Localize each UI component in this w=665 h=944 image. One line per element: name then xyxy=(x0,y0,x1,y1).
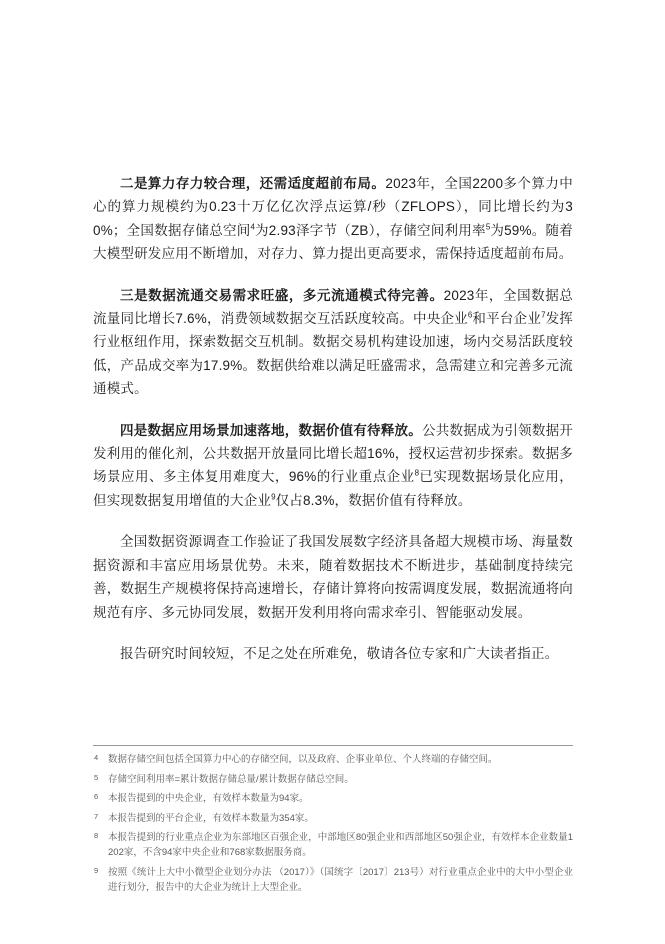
paragraph-text: 和平台企业 xyxy=(472,311,541,326)
body-paragraphs: 二是算力存力较合理，还需适度超前布局。2023年，全国2200多个算力中心的算力… xyxy=(93,172,573,665)
footnote-number: 5 xyxy=(94,770,98,785)
paragraph-text: 仅占8.3%，数据价值有待释放。 xyxy=(276,493,472,508)
footnote-number: 6 xyxy=(94,789,98,804)
paragraph: 四是数据应用场景加速落地，数据价值有待释放。公共数据成为引领数据开发利用的催化剂… xyxy=(93,419,573,513)
footnote-number: 8 xyxy=(94,828,98,843)
paragraph-text: 报告研究时间较短，不足之处在所难免，敬请各位专家和广大读者指正。 xyxy=(120,646,558,661)
paragraph: 报告研究时间较短，不足之处在所难免，敬请各位专家和广大读者指正。 xyxy=(93,642,573,665)
paragraph-text: 为2.93泽字节（ZB），存储空间利用率 xyxy=(255,223,486,238)
footnote-item: 8本报告提到的行业重点企业为东部地区百强企业，中部地区80强企业和西部地区50强… xyxy=(93,830,573,860)
footnote-text: 按照《统计上大中小微型企业划分办法 （2017）》（国统字〔2017〕213号）… xyxy=(108,867,573,893)
paragraph-lead-bold: 四是数据应用场景加速落地，数据价值有待释放。 xyxy=(120,423,422,438)
footnote-item: 9按照《统计上大中小微型企业划分办法 （2017）》（国统字〔2017〕213号… xyxy=(93,865,573,895)
document-page: 二是算力存力较合理，还需适度超前布局。2023年，全国2200多个算力中心的算力… xyxy=(0,0,665,944)
footnote-number: 9 xyxy=(94,863,98,878)
paragraph: 二是算力存力较合理，还需适度超前布局。2023年，全国2200多个算力中心的算力… xyxy=(93,172,573,266)
footnote-separator xyxy=(93,745,573,746)
footnote-number: 7 xyxy=(94,809,98,824)
footnote-item: 4数据存储空间包括全国算力中心的存储空间，以及政府、企事业单位、个人终端的存储空… xyxy=(93,752,573,767)
paragraph: 全国数据资源调查工作验证了我国发展数字经济具备超大规模市场、海量数据资源和丰富应… xyxy=(93,530,573,624)
footnote-text: 数据存储空间包括全国算力中心的存储空间，以及政府、企事业单位、个人终端的存储空间… xyxy=(108,754,498,765)
footnote-text: 存储空间利用率=累计数据存储总量/累计数据存储总空间。 xyxy=(108,774,354,785)
paragraph-lead-bold: 三是数据流通交易需求旺盛，多元流通模式待完善。 xyxy=(120,288,444,303)
paragraph-lead-bold: 二是算力存力较合理，还需适度超前布局。 xyxy=(120,176,385,191)
footnote-item: 5存储空间利用率=累计数据存储总量/累计数据存储总空间。 xyxy=(93,772,573,787)
footnote-text: 本报告提到的行业重点企业为东部地区百强企业，中部地区80强企业和西部地区50强企… xyxy=(108,832,573,858)
footnote-item: 7本报告提到的平台企业，有效样本数量为354家。 xyxy=(93,811,573,826)
paragraph-text: 全国数据资源调查工作验证了我国发展数字经济具备超大规模市场、海量数据资源和丰富应… xyxy=(93,534,573,619)
footnote-list: 4数据存储空间包括全国算力中心的存储空间，以及政府、企事业单位、个人终端的存储空… xyxy=(93,752,573,899)
footnote-text: 本报告提到的中央企业，有效样本数量为94家。 xyxy=(108,793,309,804)
footnote-item: 6本报告提到的中央企业，有效样本数量为94家。 xyxy=(93,791,573,806)
paragraph: 三是数据流通交易需求旺盛，多元流通模式待完善。2023年，全国数据总流量同比增长… xyxy=(93,284,573,401)
footnote-text: 本报告提到的平台企业，有效样本数量为354家。 xyxy=(108,813,314,824)
footnote-number: 4 xyxy=(94,750,98,765)
